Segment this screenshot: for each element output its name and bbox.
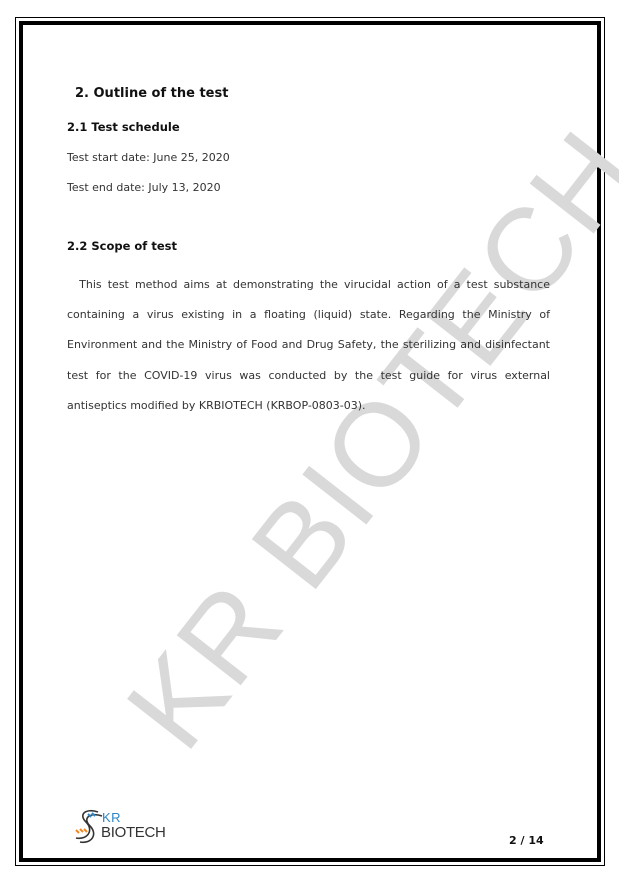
subsection-heading-scope: 2.2 Scope of test xyxy=(67,239,177,253)
company-logo: KR BIOTECH xyxy=(72,806,172,846)
logo-text-biotech: BIOTECH xyxy=(101,824,166,841)
subsection-heading-schedule: 2.1 Test schedule xyxy=(67,120,180,134)
test-start-date: Test start date: June 25, 2020 xyxy=(67,151,230,164)
logo-text-kr: KR xyxy=(102,810,121,825)
test-end-date: Test end date: July 13, 2020 xyxy=(67,181,221,194)
scope-paragraph: This test method aims at demonstrating t… xyxy=(67,270,550,421)
page-number: 2 / 14 xyxy=(509,834,544,847)
section-title: 2. Outline of the test xyxy=(75,86,228,101)
